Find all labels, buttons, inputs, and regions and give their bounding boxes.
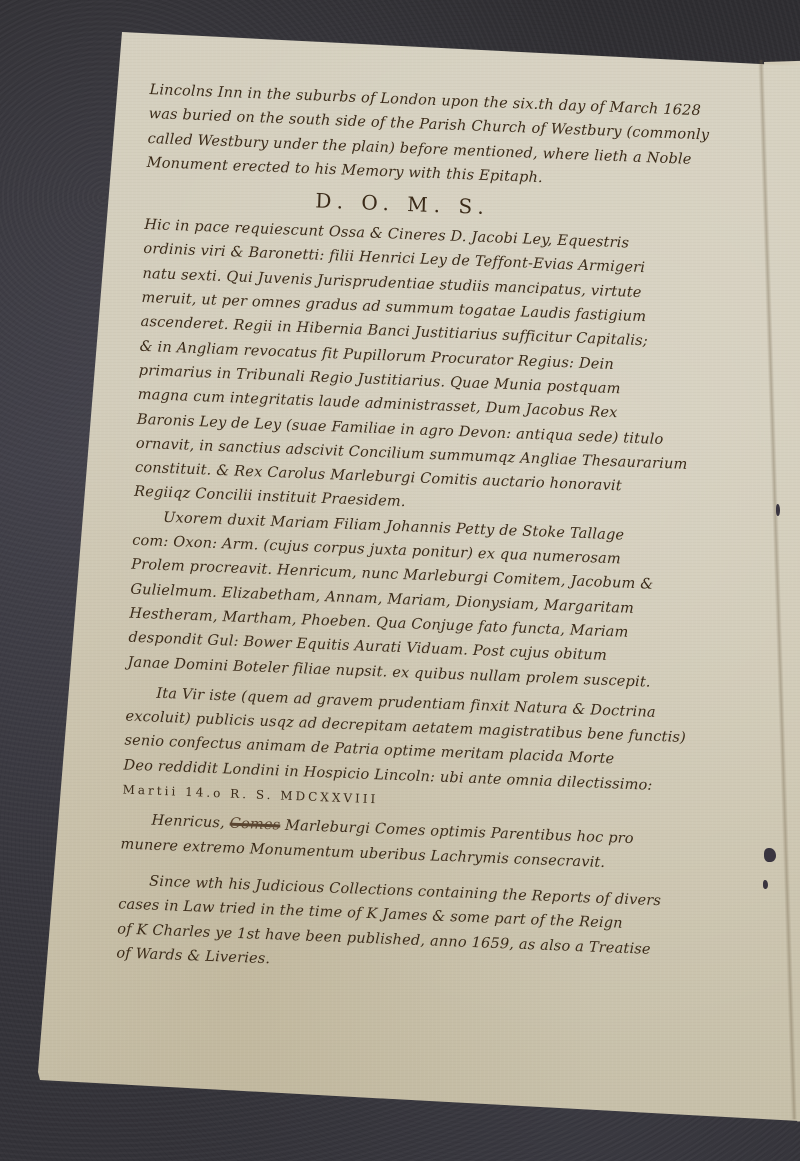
- ink-blot: [776, 504, 780, 516]
- epitaph-paragraph-1: Hic in pace requiescunt Ossa & Cineres D…: [134, 213, 745, 527]
- struck-through-word: Comes: [229, 816, 280, 834]
- ink-blot: [764, 848, 776, 862]
- epitaph-paragraph-2: Uxorem duxit Mariam Filiam Johannis Pett…: [127, 504, 733, 697]
- first-word: Henricus,: [151, 813, 225, 832]
- epitaph-paragraph-3: Ita Vir iste (quem ad gravem prudentiam …: [122, 680, 726, 824]
- handwritten-text: Lincolns Inn in the suburbs of London up…: [116, 78, 750, 988]
- ink-blot: [763, 880, 768, 889]
